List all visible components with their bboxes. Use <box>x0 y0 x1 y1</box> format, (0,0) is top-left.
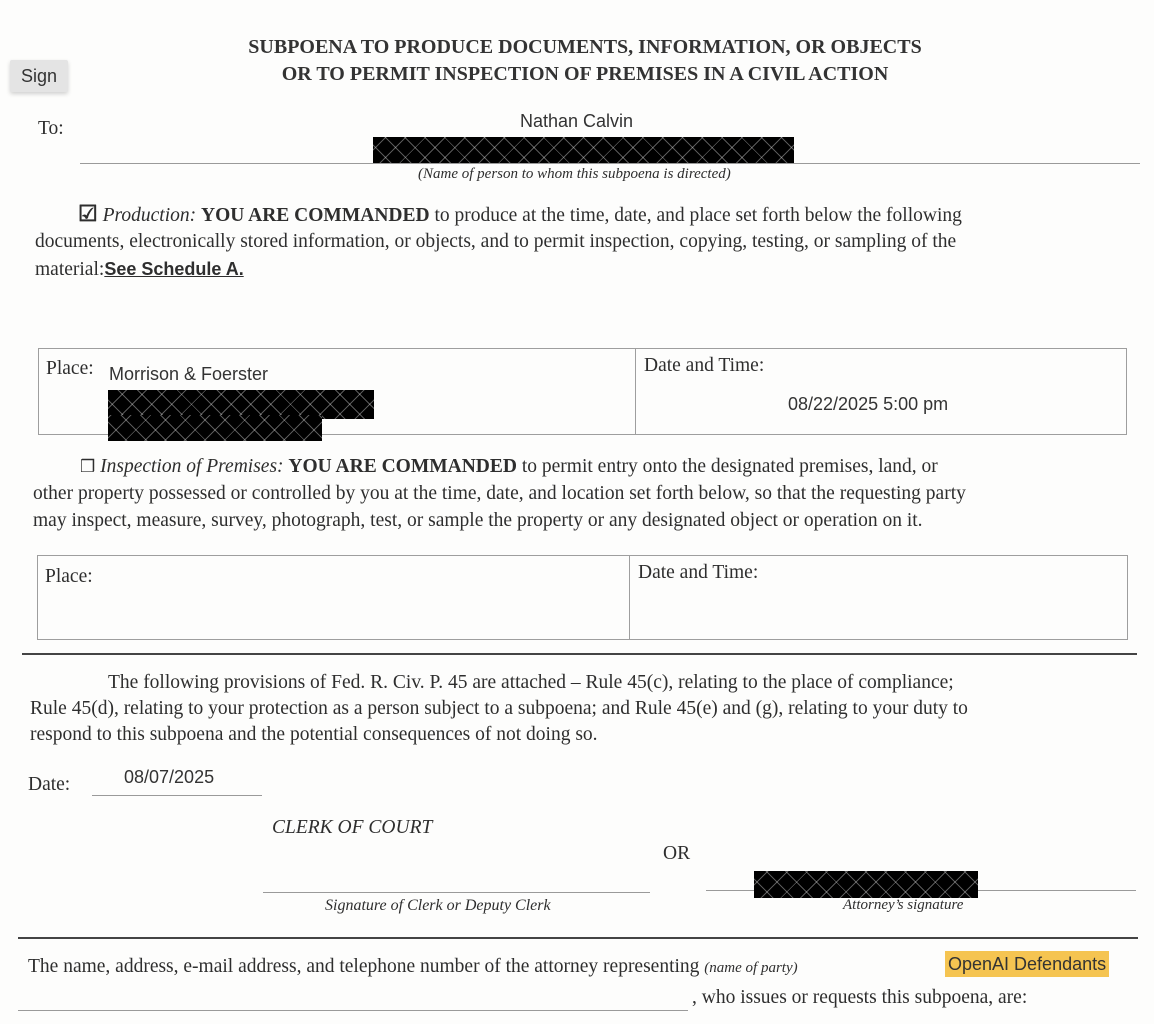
production-text: to produce at the time, date, and place … <box>430 205 962 226</box>
production-command: YOU ARE COMMANDED <box>201 205 430 226</box>
recipient-caption: (Name of person to whom this subpoena is… <box>418 166 731 183</box>
to-label: To: <box>38 115 64 143</box>
inspection-line-2: other property possessed or controlled b… <box>33 480 966 508</box>
clerk-of-court-heading: CLERK OF COURT <box>272 814 432 842</box>
inspection-text: to permit entry onto the designated prem… <box>517 456 938 477</box>
inspection-place-label: Place: <box>45 563 93 591</box>
attorney-info-line-1: The name, address, e-mail address, and t… <box>28 953 798 983</box>
attorney-info-line <box>18 1010 688 1011</box>
provisions-line-1: The following provisions of Fed. R. Civ.… <box>108 669 954 697</box>
document-title-line-1: SUBPOENA TO PRODUCE DOCUMENTS, INFORMATI… <box>0 34 1154 60</box>
material-label: material: <box>35 259 104 280</box>
production-line-1: ☑ Production: YOU ARE COMMANDED to produ… <box>78 200 962 230</box>
section-divider-2 <box>18 937 1138 939</box>
inspection-line-3: may inspect, measure, survey, photograph… <box>33 507 923 535</box>
production-box-divider <box>635 348 636 435</box>
production-place-value[interactable]: Morrison & Foerster <box>109 364 268 385</box>
date-label: Date: <box>28 771 70 799</box>
attorney-signature-caption: Attorney’s signature <box>843 897 963 914</box>
inspection-checkbox-unchecked-icon[interactable]: ❒ <box>80 457 95 476</box>
attorney-info-text: The name, address, e-mail address, and t… <box>28 956 699 977</box>
recipient-name[interactable]: Nathan Calvin <box>520 111 633 132</box>
inspection-datetime-label: Date and Time: <box>638 559 758 587</box>
recipient-line <box>80 163 1140 164</box>
production-datetime-value[interactable]: 08/22/2025 5:00 pm <box>788 394 948 415</box>
section-divider-1 <box>22 653 1137 655</box>
clerk-signature-caption: Signature of Clerk or Deputy Clerk <box>325 897 551 915</box>
clerk-signature-line <box>263 892 650 893</box>
party-value-highlighted[interactable]: OpenAI Defendants <box>945 951 1109 977</box>
inspection-command: YOU ARE COMMANDED <box>288 456 517 477</box>
date-value[interactable]: 08/07/2025 <box>124 767 214 788</box>
attorney-info-line-2: , who issues or requests this subpoena, … <box>692 984 1027 1012</box>
production-line-2: documents, electronically stored informa… <box>35 228 956 256</box>
inspection-line-1: ❒ Inspection of Premises: YOU ARE COMMAN… <box>80 453 938 481</box>
production-line-3: material:See Schedule A. <box>35 256 244 284</box>
production-checkbox-checked-icon[interactable]: ☑ <box>78 201 98 226</box>
inspection-label: Inspection of Premises: <box>100 456 283 477</box>
inspection-place-box <box>37 555 1128 640</box>
redacted-recipient-address <box>373 137 794 164</box>
schedule-a-link[interactable]: See Schedule A. <box>104 259 243 279</box>
provisions-line-3: respond to this subpoena and the potenti… <box>30 721 598 749</box>
provisions-line-2: Rule 45(d), relating to your protection … <box>30 695 968 723</box>
production-place-label: Place: <box>46 355 94 383</box>
party-caption: (name of party) <box>704 960 797 976</box>
date-line <box>92 795 262 796</box>
redacted-attorney-signature <box>754 871 978 898</box>
inspection-box-divider <box>629 555 630 640</box>
or-label: OR <box>663 840 690 868</box>
production-datetime-label: Date and Time: <box>644 352 764 380</box>
redacted-place-address-2 <box>108 415 322 441</box>
production-label: Production: <box>103 205 197 226</box>
document-title-line-2: OR TO PERMIT INSPECTION OF PREMISES IN A… <box>0 61 1154 87</box>
